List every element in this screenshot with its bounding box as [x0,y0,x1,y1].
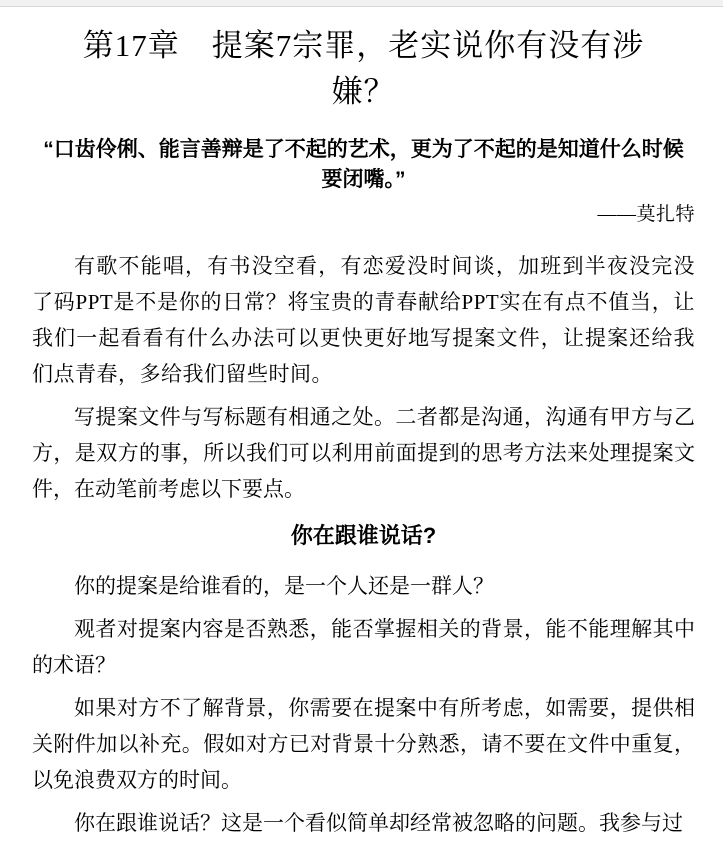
section-heading: 你在跟谁说话? [32,519,695,552]
section-paragraph: 你的提案是给谁看的，是一个人还是一群人？ [32,568,695,604]
intro-paragraph: 有歌不能唱，有书没空看，有恋爱没时间谈，加班到半夜没完没了码PPT是不是你的日常… [32,248,695,392]
page-top-divider [0,0,723,7]
epigraph-quote: “口齿伶俐、能言善辩是了不起的艺术，更为了不起的是知道什么时候要闭嘴。” [34,135,693,195]
section-paragraph: 你在跟谁说话？这是一个看似简单却经常被忽略的问题。我参与过 [32,805,695,841]
section-paragraph: 观者对提案内容是否熟悉，能否掌握相关的背景，能不能理解其中的术语？ [32,611,695,683]
section-paragraph: 如果对方不了解背景，你需要在提案中有所考虑，如需要，提供相关附件加以补充。假如对… [32,690,695,798]
document-page: 第17章 提案7宗罪，老实说你有没有涉嫌？ “口齿伶俐、能言善辩是了不起的艺术，… [0,23,723,841]
intro-paragraph: 写提案文件与写标题有相通之处。二者都是沟通，沟通有甲方与乙方，是双方的事，所以我… [32,399,695,507]
chapter-title: 第17章 提案7宗罪，老实说你有没有涉嫌？ [56,23,671,115]
epigraph-attribution: ——莫扎特 [32,204,695,226]
